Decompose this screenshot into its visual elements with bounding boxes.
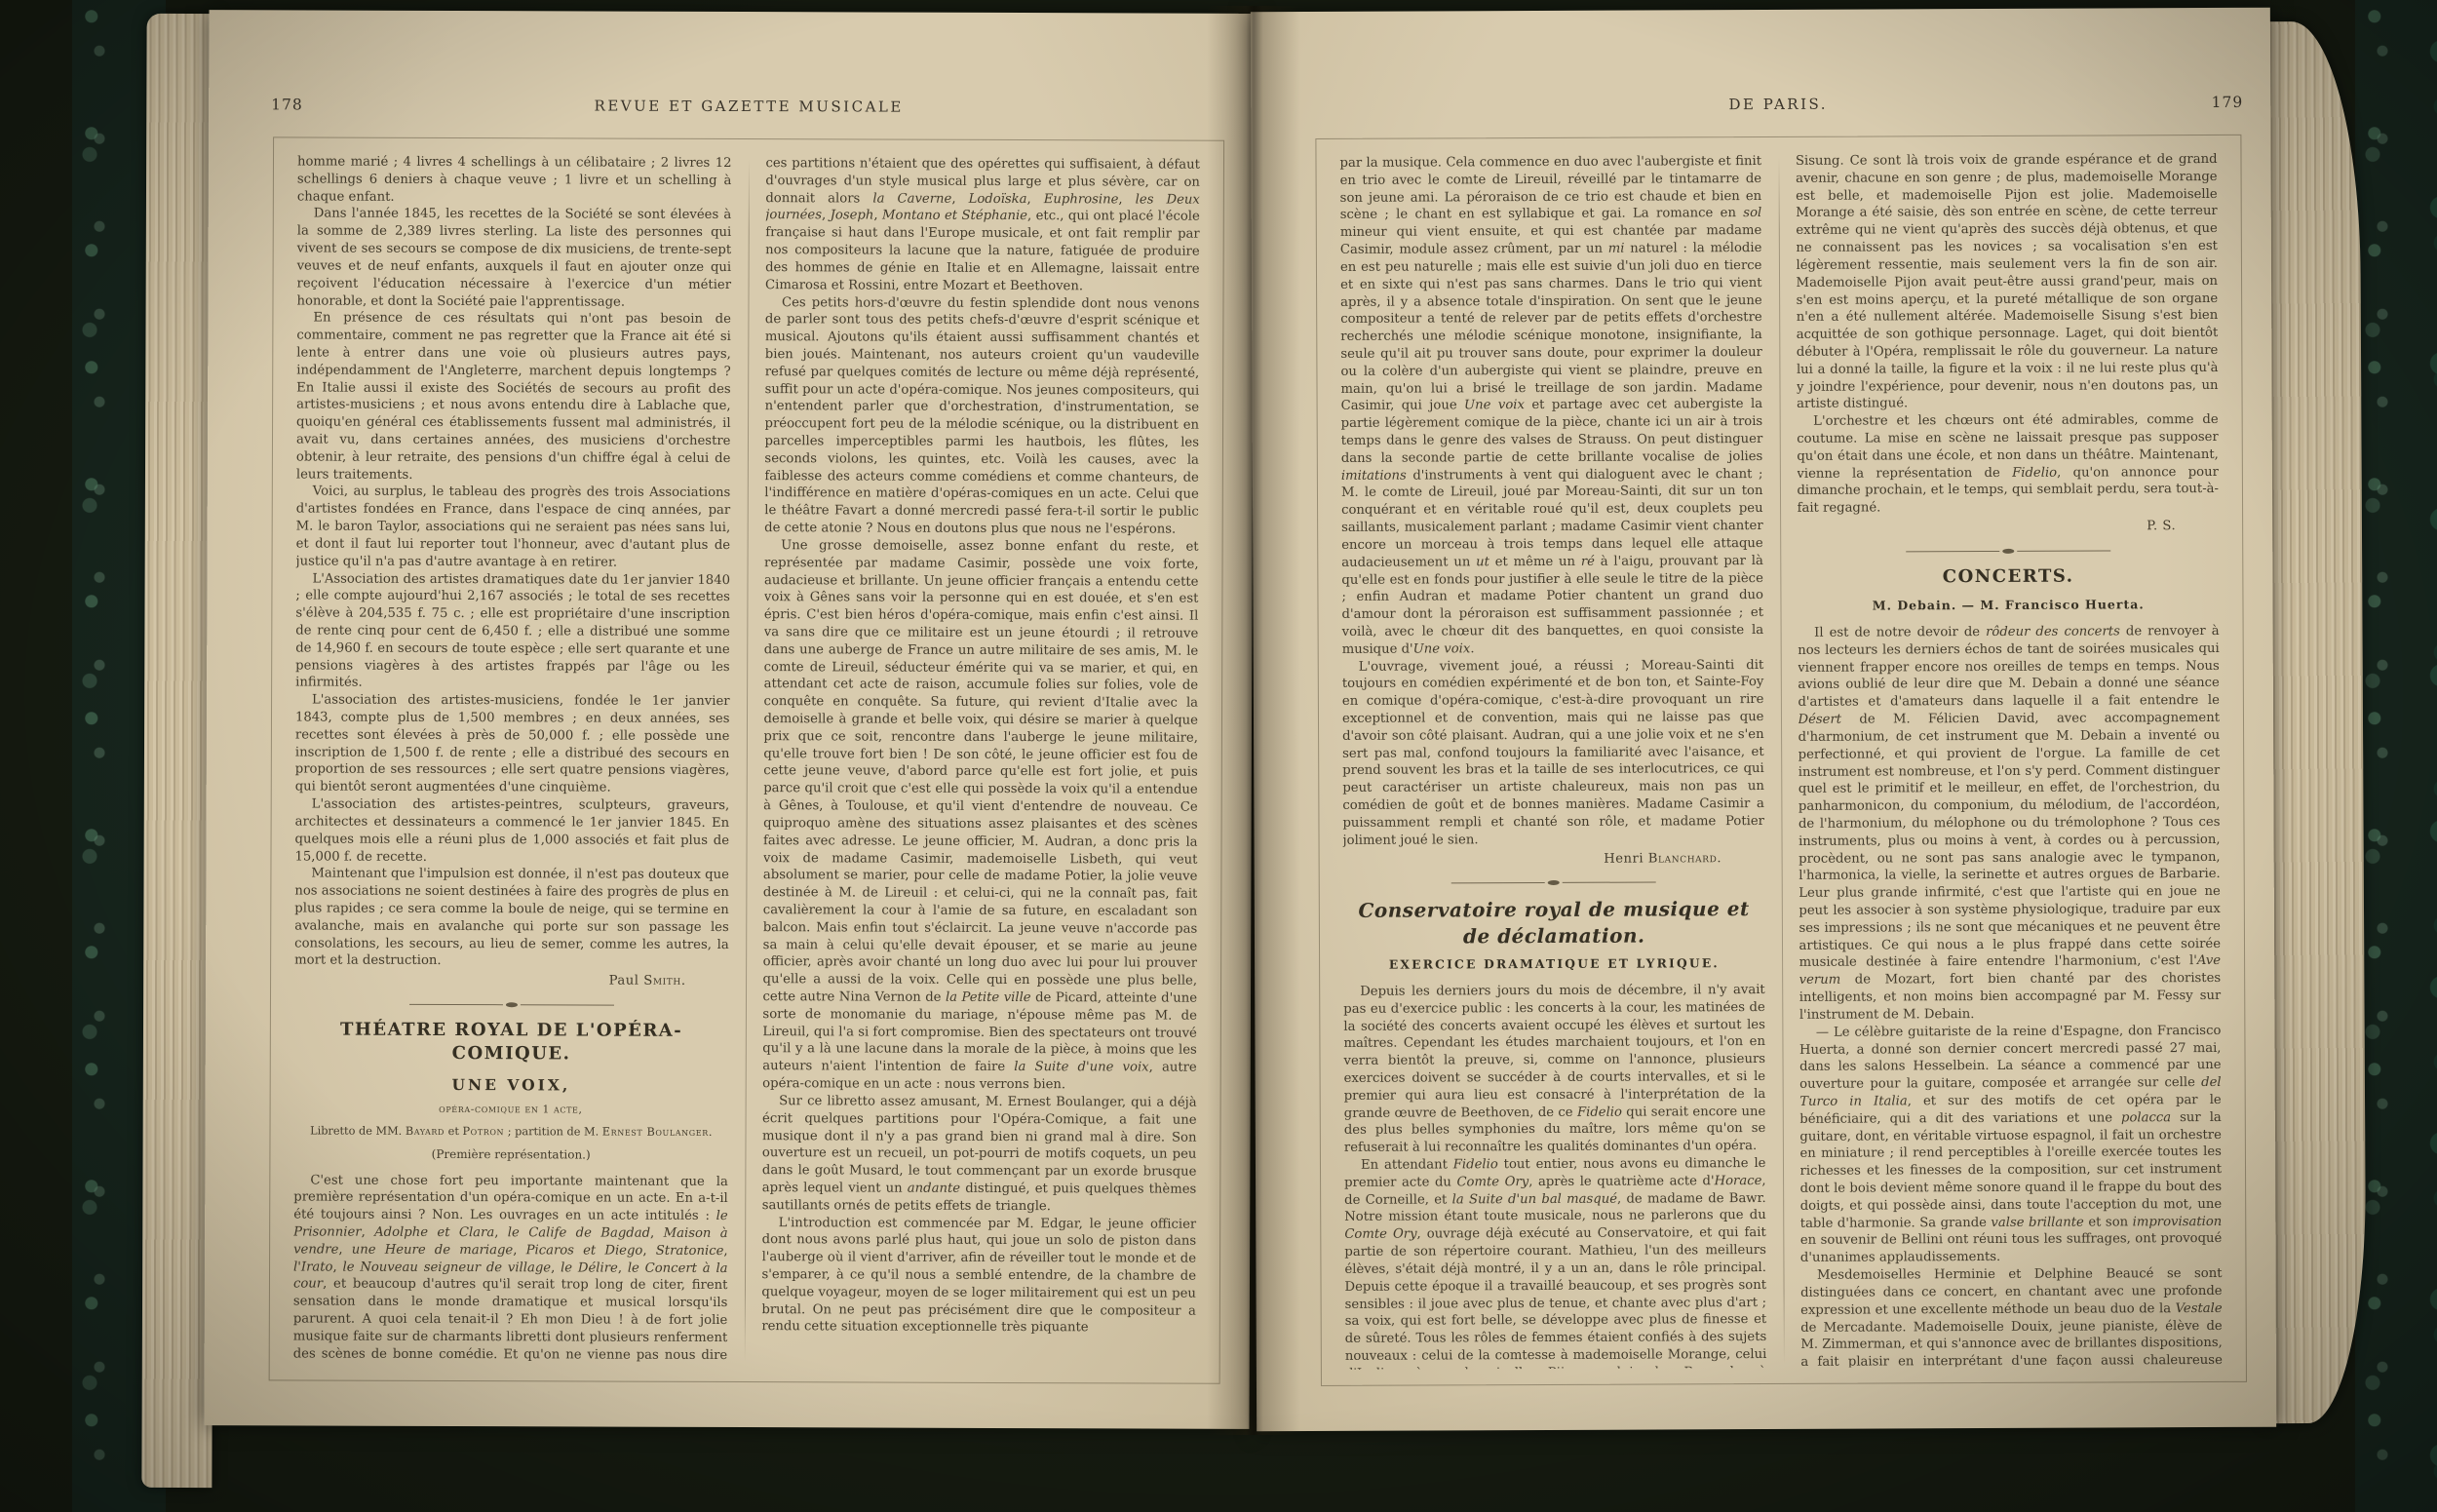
column-rule — [1778, 157, 1784, 1364]
page-header-right: DE PARIS. 179 — [1315, 94, 2241, 129]
paragraph: Une grosse demoiselle, assez bonne enfan… — [762, 537, 1198, 1095]
paragraph-continuation: homme marié ; 4 livres 4 schellings à un… — [297, 153, 732, 207]
running-head-left: REVUE ET GAZETTE MUSICALE — [273, 96, 1224, 116]
paragraph: Ces petits hors-d'œuvre du festin splend… — [764, 294, 1199, 539]
paragraph: L'ouvrage, vivement joué, a réussi ; Mor… — [1342, 657, 1764, 850]
ornament-divider — [294, 1001, 729, 1008]
subsection-heading: EXERCICE DRAMATIQUE ET LYRIQUE. — [1343, 955, 1765, 973]
page-header-left: 178 REVUE ET GAZETTE MUSICALE — [273, 96, 1224, 130]
paragraph: Sur ce libretto assez amusant, M. Ernest… — [762, 1093, 1197, 1216]
ornament-divider — [1343, 879, 1765, 886]
ornament-divider — [1798, 548, 2220, 555]
paragraph: — Le célèbre guitariste de la reine d'Es… — [1799, 1023, 2223, 1267]
paragraph-continuation: Sisung. Ce sont là trois voix de grande … — [1796, 151, 2219, 413]
note-line: (Première représentation.) — [293, 1146, 728, 1164]
paragraph: Voici, au surplus, le tableau des progrè… — [296, 484, 731, 572]
journal-page-left: 178 REVUE ET GAZETTE MUSICALE homme mari… — [204, 10, 1254, 1429]
article-title: UNE VOIX, — [294, 1074, 729, 1096]
paragraph: Dans l'année 1845, les recettes de la So… — [296, 206, 731, 311]
ornament-icon — [2002, 549, 2014, 554]
scanned-journal-spread: { "colors":{"bg":"#151a10","paper":"#d8c… — [0, 0, 2437, 1512]
paragraph: Depuis les derniers jours du mois de déc… — [1343, 982, 1765, 1157]
paragraph: L'orchestre et les chœurs ont été admira… — [1797, 411, 2219, 518]
right-page-column-2: Sisung. Ce sont là trois voix de grande … — [1796, 151, 2223, 1368]
journal-page-right: DE PARIS. 179 par la musique. Cela comme… — [1251, 8, 2276, 1432]
left-page-column-2: ces partitions n'étaient que des opérett… — [761, 155, 1200, 1368]
paragraph: L'association des artistes-peintres, scu… — [294, 796, 729, 868]
text-frame-right: par la musique. Cela commence en duo ave… — [1315, 135, 2247, 1386]
text-frame-left: homme marié ; 4 livres 4 schellings à un… — [269, 136, 1224, 1383]
paragraph: L'introduction est commencée par M. Edga… — [761, 1215, 1196, 1338]
book-spread: 178 REVUE ET GAZETTE MUSICALE homme mari… — [0, 0, 2437, 1512]
signature: Paul Smith. — [294, 972, 686, 990]
institution-heading: Conservatoire royal de musique et de déc… — [1343, 896, 1765, 950]
paragraph-continuation: ces partitions n'étaient que des opérett… — [765, 155, 1200, 295]
paragraph: En présence de ces résultats qui n'ont p… — [296, 310, 731, 485]
running-head-right: DE PARIS. — [1315, 94, 2241, 115]
credit-line: Libretto de MM. Bayard et Potron ; parti… — [293, 1124, 728, 1141]
section-heading: CONCERTS. — [1798, 564, 2220, 590]
book-cover-right — [2355, 0, 2437, 1512]
paragraph: Mesdemoiselles Herminie et Delphine Beau… — [1800, 1265, 2223, 1368]
paragraph: L'Association des artistes dramatiques d… — [295, 570, 730, 693]
ornament-icon — [1548, 880, 1560, 885]
right-page-column-1: par la musique. Cela commence en duo ave… — [1339, 153, 1766, 1370]
paragraph: Maintenant que l'impulsion est donnée, i… — [294, 866, 729, 971]
paragraph: L'association des artistes-musiciens, fo… — [295, 692, 730, 797]
ornament-icon — [506, 1002, 518, 1007]
article-subtitle: opéra-comique en 1 acte, — [294, 1102, 729, 1117]
paragraph: C'est une chose fort peu importante main… — [293, 1172, 728, 1366]
paragraph-continuation: par la musique. Cela commence en duo ave… — [1339, 153, 1763, 658]
signature: P. S. — [1798, 518, 2177, 537]
paragraph: En attendant Fidelio tout entier, nous a… — [1344, 1155, 1766, 1370]
signature: Henri Blanchard. — [1343, 850, 1722, 870]
left-page-column-1: homme marié ; 4 livres 4 schellings à un… — [293, 153, 732, 1366]
performers-line: M. Debain. — M. Francisco Huerta. — [1798, 597, 2220, 615]
paragraph: Il est de notre devoir de rôdeur des con… — [1798, 623, 2221, 1025]
page-number-right: 179 — [2212, 94, 2244, 111]
section-heading: THÉATRE ROYAL DE L'OPÉRA-COMIQUE. — [294, 1018, 729, 1066]
column-rule — [744, 159, 749, 1362]
